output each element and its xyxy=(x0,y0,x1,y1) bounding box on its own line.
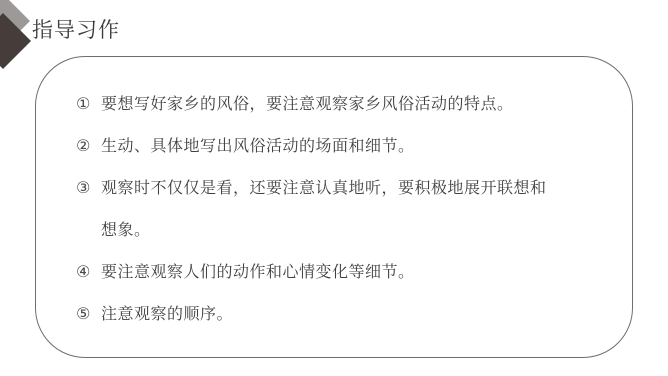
item-number: ④ xyxy=(76,252,101,294)
tips-list: ①要想写好家乡的风俗，要注意观察家乡风俗活动的特点。②生动、具体地写出风俗活动的… xyxy=(76,84,581,336)
presentation-slide: 指导习作 ①要想写好家乡的风俗，要注意观察家乡风俗活动的特点。②生动、具体地写出… xyxy=(0,0,668,376)
list-item: ③观察时不仅仅是看，还要注意认真地听，要积极地展开联想和想象。 xyxy=(76,168,581,252)
item-text: 生动、具体地写出风俗活动的场面和细节。 xyxy=(101,126,556,168)
item-number: ② xyxy=(76,126,101,168)
item-text: 要注意观察人们的动作和心情变化等细节。 xyxy=(101,252,556,294)
slide-title: 指导习作 xyxy=(32,17,120,45)
list-item: ②生动、具体地写出风俗活动的场面和细节。 xyxy=(76,126,581,168)
list-item: ④要注意观察人们的动作和心情变化等细节。 xyxy=(76,252,581,294)
item-number: ③ xyxy=(76,168,101,210)
item-number: ① xyxy=(76,84,101,126)
list-item: ①要想写好家乡的风俗，要注意观察家乡风俗活动的特点。 xyxy=(76,84,581,126)
item-text: 要想写好家乡的风俗，要注意观察家乡风俗活动的特点。 xyxy=(101,84,556,126)
item-text: 观察时不仅仅是看，还要注意认真地听，要积极地展开联想和想象。 xyxy=(101,168,556,252)
list-item: ⑤注意观察的顺序。 xyxy=(76,294,581,336)
item-text: 注意观察的顺序。 xyxy=(101,294,556,336)
item-number: ⑤ xyxy=(76,294,101,336)
